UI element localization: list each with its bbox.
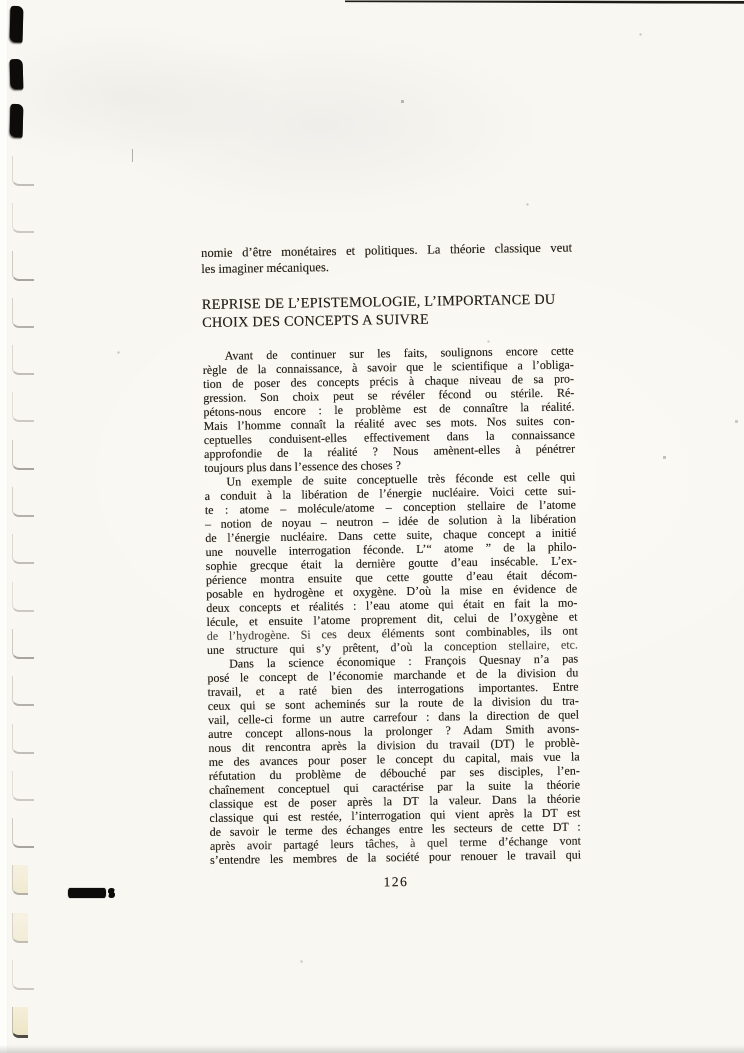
binding-hole-mark — [12, 534, 34, 564]
paragraph-3: Dans la science économique : François Qu… — [207, 651, 581, 866]
binding-hole-mark — [12, 298, 34, 328]
binding-hole-mark — [12, 392, 34, 422]
binding-hole-mark — [12, 960, 34, 990]
binding-hole-mark — [12, 203, 34, 233]
binding-hole-mark — [12, 156, 34, 186]
binding-hole-mark — [12, 818, 34, 848]
binding-hole-ink-mark — [10, 103, 24, 136]
binding-hole-mark — [12, 724, 34, 754]
binding-hole-mark — [12, 582, 34, 612]
page-number: 126 — [210, 871, 581, 893]
binding-hole-mark — [12, 251, 34, 281]
scan-left-edge — [0, 0, 8, 1053]
page-text-block: nomie d’être monétaires et politiques. L… — [201, 240, 582, 892]
binding-hole-mark — [12, 676, 34, 706]
scan-crease-mark — [132, 149, 133, 162]
redaction-mark — [68, 888, 106, 898]
binding-hole-mark — [12, 1007, 28, 1038]
binding-hole-mark — [12, 629, 34, 659]
paragraph-1: Avant de continuer sur les faits, soulig… — [203, 343, 576, 474]
binding-hole-mark — [12, 440, 34, 470]
section-heading: REPRISE DE L’EPISTEMOLOGIE, L’IMPORTANCE… — [202, 291, 573, 331]
continuation-paragraph: nomie d’être monétaires et politiques. L… — [201, 240, 572, 277]
binding-hole-mark — [12, 771, 34, 801]
binding-hole-mark — [12, 487, 34, 517]
binding-hole-ink-mark — [10, 6, 24, 42]
scan-top-edge-shadow — [345, 0, 744, 4]
scanned-page: nomie d’être monétaires et politiques. L… — [0, 0, 744, 1053]
binding-hole-mark — [12, 345, 34, 375]
paragraph-2: Un exemple de suite conceptuelle très fé… — [204, 469, 578, 656]
binding-hole-ink-mark — [10, 59, 24, 89]
scan-noise-specks — [0, 0, 1, 1]
scan-bottom-edge-shadow — [0, 1045, 744, 1053]
binding-hole-mark — [12, 913, 28, 943]
binding-hole-mark — [12, 865, 28, 895]
